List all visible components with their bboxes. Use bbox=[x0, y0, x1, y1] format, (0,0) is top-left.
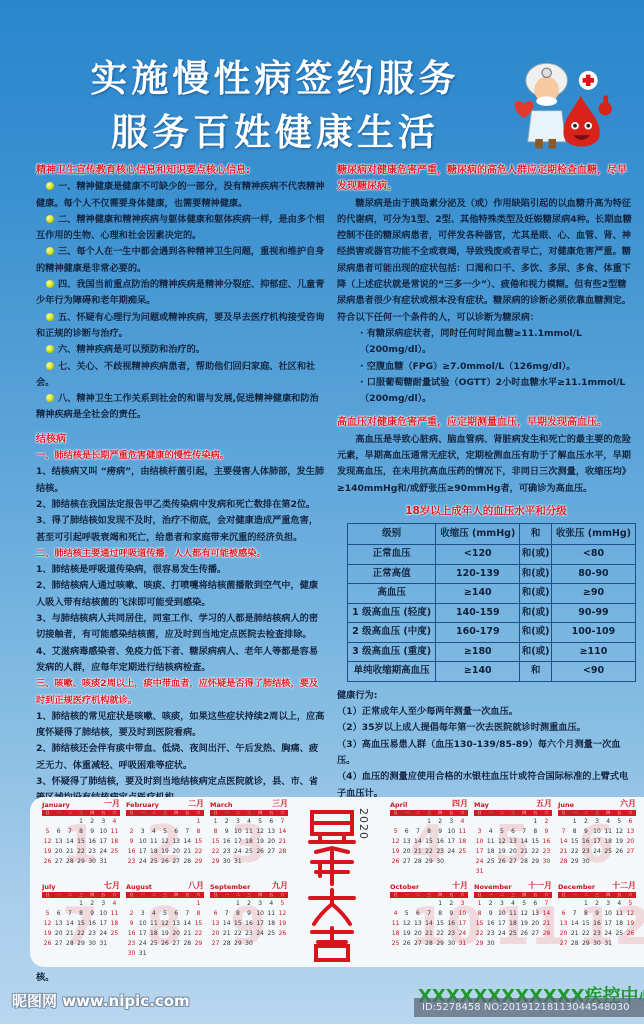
calendar-day: 4 bbox=[109, 899, 120, 909]
calendar-day: 19 bbox=[159, 847, 170, 857]
calendar-day: 25 bbox=[109, 929, 120, 939]
calendar-day: 30 bbox=[243, 939, 254, 949]
main-title: 实施慢性病签约服务 bbox=[60, 48, 490, 102]
calendar-day: 11 bbox=[390, 919, 401, 929]
calendar-day: 17 bbox=[98, 919, 109, 929]
calendar-day: 24 bbox=[603, 929, 614, 939]
diabetes-criterion: · 空腹血糖（FPG）≥7.0mmol/L（126mg/dl）。 bbox=[337, 359, 635, 375]
calendar-day: 21 bbox=[182, 847, 193, 857]
calendar-day: 18 bbox=[485, 847, 496, 857]
table-header-row: 级别 收缩压 (mmHg) 和 收张压 (mmHg) bbox=[348, 524, 636, 545]
calendar-day: 21 bbox=[182, 929, 193, 939]
table-row: 单纯收缩期高血压≥140和<90 bbox=[348, 662, 636, 682]
calendar-day: 9 bbox=[580, 827, 591, 837]
calendar-day: 31 bbox=[603, 939, 614, 949]
calendar-day: 7 bbox=[64, 909, 75, 919]
calendar-day: 18 bbox=[266, 919, 277, 929]
calendar-day: 22 bbox=[75, 929, 86, 939]
calendar-day: 19 bbox=[390, 847, 401, 857]
calendar-day: 23 bbox=[435, 847, 446, 857]
calendar-day: 2 bbox=[435, 817, 446, 827]
day-grid: 1234567891011121314151617181920212223242… bbox=[126, 817, 204, 867]
calendar-day: 4 bbox=[507, 899, 518, 909]
calendar-day: 20 bbox=[210, 929, 221, 939]
calendar-day: 25 bbox=[457, 847, 468, 857]
calendar-day: 11 bbox=[457, 827, 468, 837]
tb-heading: 结核病 bbox=[36, 432, 326, 448]
calendar-day: 6 bbox=[401, 827, 412, 837]
calendar-day: 18 bbox=[507, 919, 518, 929]
calendar-day: 22 bbox=[474, 929, 485, 939]
calendar-day: 27 bbox=[401, 857, 412, 867]
tb-item: 2、肺结核还会伴有痰中带血、低烧、夜间出汗、午后发热、胸痛、疲乏无力、体重减轻、… bbox=[36, 741, 326, 774]
calendar-day: 14 bbox=[519, 837, 530, 847]
calendar-day: 13 bbox=[171, 837, 182, 847]
calendar-day: 14 bbox=[412, 837, 423, 847]
mental-health-heading: 精神卫生宣传教育核心信息和知识要点核心信息: bbox=[36, 163, 326, 179]
calendar-day: 19 bbox=[42, 929, 53, 939]
calendar-day: 24 bbox=[474, 857, 485, 867]
poster-header: 实施慢性病签约服务 服务百姓健康生活 bbox=[0, 40, 644, 155]
calendar-day: 8 bbox=[232, 909, 243, 919]
calendar-month-october: 10October十月日一二三四五六1234567891011121314151… bbox=[390, 883, 468, 963]
calendar-day: 19 bbox=[255, 837, 266, 847]
calendar-day: 15 bbox=[569, 837, 580, 847]
calendar-day: 11 bbox=[148, 919, 159, 929]
calendar-day: 8 bbox=[193, 909, 204, 919]
calendar-day: 5 bbox=[255, 817, 266, 827]
calendar-day: 10 bbox=[603, 909, 614, 919]
calendar-day: 3 bbox=[603, 899, 614, 909]
calendar-day: 31 bbox=[137, 949, 148, 959]
calendar-day: 17 bbox=[232, 837, 243, 847]
calendar-day: 4 bbox=[148, 827, 159, 837]
calendar-day: 12 bbox=[42, 919, 53, 929]
calendar-day: 24 bbox=[457, 929, 468, 939]
day-grid: 1234567891011121314151617181920212223242… bbox=[390, 899, 468, 949]
calendar-day: 5 bbox=[159, 827, 170, 837]
tb-item: 2、肺结核在我国法定报告甲乙类传染病中发病和死亡数排在第2位。 bbox=[36, 497, 326, 513]
calendar-day: 2 bbox=[126, 909, 137, 919]
calendar-day: 9 bbox=[126, 837, 137, 847]
calendar-day: 22 bbox=[580, 929, 591, 939]
calendar-day: 12 bbox=[390, 837, 401, 847]
calendar-day: 25 bbox=[243, 847, 254, 857]
calendar-day: 24 bbox=[255, 929, 266, 939]
calendar-day: 11 bbox=[614, 909, 625, 919]
calendar-day: 12 bbox=[401, 919, 412, 929]
month-name-en: October bbox=[390, 883, 419, 891]
calendar-day: 17 bbox=[137, 929, 148, 939]
calendar-day: 3 bbox=[591, 817, 602, 827]
diabetes-heading: 糖尿病对健康危害严重，糖尿病的高危人群应定期检查血糖，尽早发现糖尿病。 bbox=[337, 163, 635, 196]
month-name-cn: 八月 bbox=[188, 880, 204, 891]
calendar-day: 16 bbox=[580, 837, 591, 847]
calendar-day: 1 bbox=[530, 817, 541, 827]
calendar-day: 2 bbox=[243, 899, 254, 909]
calendar-day: 20 bbox=[530, 919, 541, 929]
calendar-day: 1 bbox=[423, 817, 434, 827]
calendar-day: 27 bbox=[171, 939, 182, 949]
month-name-cn: 十二月 bbox=[612, 880, 636, 891]
calendar-day: 15 bbox=[193, 837, 204, 847]
calendar-day: 31 bbox=[98, 857, 109, 867]
calendar-day: 13 bbox=[412, 919, 423, 929]
calendar-day: 2 bbox=[541, 817, 552, 827]
calendar-day: 29 bbox=[75, 857, 86, 867]
calendar-day: 26 bbox=[390, 857, 401, 867]
calendar-day: 4 bbox=[614, 899, 625, 909]
calendar-day: 12 bbox=[159, 919, 170, 929]
calendar-day: 9 bbox=[485, 909, 496, 919]
tb-item: 1、肺结核是呼吸道传染病，很容易发生传播。 bbox=[36, 562, 326, 578]
calendar-day: 12 bbox=[42, 837, 53, 847]
calendar-year: 2020 bbox=[357, 808, 370, 840]
calendar-day: 18 bbox=[109, 919, 120, 929]
calendar-day: 10 bbox=[474, 837, 485, 847]
calendar-day: 8 bbox=[435, 909, 446, 919]
day-grid: 1234567891011121314151617181920212223242… bbox=[558, 817, 636, 867]
calendar-day: 8 bbox=[569, 827, 580, 837]
calendar-day: 2 bbox=[446, 899, 457, 909]
calendar-day: 15 bbox=[580, 919, 591, 929]
month-name-cn: 九月 bbox=[272, 880, 288, 891]
calendar-day: 28 bbox=[64, 939, 75, 949]
calendar-month-january: 1January一月日一二三四五六12345678910111213141516… bbox=[42, 801, 120, 881]
calendar-day: 22 bbox=[193, 847, 204, 857]
calendar-day: 7 bbox=[541, 899, 552, 909]
day-grid: 1234567891011121314151617181920212223242… bbox=[42, 817, 120, 867]
calendar-day: 6 bbox=[171, 827, 182, 837]
calendar-day: 17 bbox=[591, 837, 602, 847]
calendar-day: 5 bbox=[277, 899, 288, 909]
calendar-day: 7 bbox=[221, 909, 232, 919]
month-name-cn: 五月 bbox=[536, 798, 552, 809]
calendar-day: 30 bbox=[435, 857, 446, 867]
hypertension-heading: 高血压对健康危害严重，应定期测量血压，早期发现高血压。 bbox=[337, 415, 635, 431]
day-grid: 1234567891011121314151617181920212223242… bbox=[210, 899, 288, 949]
calendar-day: 17 bbox=[446, 837, 457, 847]
calendar-day: 10 bbox=[232, 827, 243, 837]
calendar-day: 15 bbox=[530, 837, 541, 847]
calendar-day: 15 bbox=[75, 837, 86, 847]
calendar-day: 27 bbox=[530, 929, 541, 939]
calendar-day: 17 bbox=[474, 847, 485, 857]
calendar-day: 30 bbox=[446, 939, 457, 949]
bullet-dot-icon bbox=[46, 394, 54, 402]
calendar-day: 19 bbox=[159, 929, 170, 939]
behavior-item: （2）35岁以上成人提倡每年第一次去医院就诊时测重血压。 bbox=[337, 720, 635, 736]
calendar-day: 8 bbox=[75, 909, 86, 919]
calendar-day: 30 bbox=[221, 857, 232, 867]
calendar-day: 25 bbox=[148, 939, 159, 949]
calendar-day: 11 bbox=[109, 909, 120, 919]
calendar-day: 28 bbox=[541, 929, 552, 939]
calendar-day: 7 bbox=[423, 909, 434, 919]
calendar-day: 17 bbox=[496, 919, 507, 929]
calendar-day: 13 bbox=[266, 827, 277, 837]
calendar-day: 26 bbox=[614, 847, 625, 857]
calendar-day: 22 bbox=[210, 847, 221, 857]
calendar-day: 21 bbox=[569, 929, 580, 939]
calendar-day: 5 bbox=[390, 827, 401, 837]
calendar-day: 17 bbox=[457, 919, 468, 929]
bullet-dot-icon bbox=[46, 182, 54, 190]
calendar-day: 4 bbox=[266, 899, 277, 909]
calendar-month-april: 4April四月日一二三四五六1234567891011121314151617… bbox=[390, 801, 468, 881]
hypertension-body: 高血压是导致心脏病、脑血管病、肾脏病发生和死亡的最主要的危险元素，早期高血压通常… bbox=[337, 432, 635, 497]
calendar-day: 14 bbox=[541, 909, 552, 919]
calendar-day: 11 bbox=[507, 909, 518, 919]
mental-health-item: 一、精神健康是健康不可缺少的一部分，没有精神疾病不代表精神健康。每个人不仅需要身… bbox=[36, 179, 326, 212]
calendar-month-september: 9September九月日一二三四五六123456789101112131415… bbox=[210, 883, 288, 963]
calendar-day: 20 bbox=[558, 929, 569, 939]
calendar-day: 3 bbox=[232, 817, 243, 827]
calendar-day: 19 bbox=[277, 919, 288, 929]
calendar-day: 26 bbox=[255, 847, 266, 857]
calendar-day: 31 bbox=[474, 867, 485, 877]
calendar-day: 10 bbox=[457, 909, 468, 919]
calendar-day: 12 bbox=[625, 909, 636, 919]
calendar-day: 1 bbox=[210, 817, 221, 827]
bp-classification-table: 级别 收缩压 (mmHg) 和 收张压 (mmHg) 正常血压<120和(或)<… bbox=[347, 523, 636, 682]
day-grid: 1234567891011121314151617181920212223242… bbox=[42, 899, 120, 949]
calendar-day: 17 bbox=[98, 837, 109, 847]
calendar-day: 7 bbox=[182, 909, 193, 919]
month-name-en: March bbox=[210, 801, 233, 809]
calendar-day: 24 bbox=[232, 847, 243, 857]
calendar-day: 26 bbox=[401, 939, 412, 949]
mental-health-item: 三、每个人在一生中都会遇到各种精神卫生问题，重视和维护自身的精神健康是非常必要的… bbox=[36, 244, 326, 277]
calendar-day: 22 bbox=[75, 847, 86, 857]
day-grid: 1234567891011121314151617181920212223242… bbox=[474, 817, 552, 877]
calendar-day: 28 bbox=[221, 939, 232, 949]
calendar-day: 1 bbox=[75, 817, 86, 827]
calendar-day: 31 bbox=[232, 857, 243, 867]
month-name-en: January bbox=[42, 801, 70, 809]
calendar-day: 24 bbox=[496, 929, 507, 939]
calendar-day: 23 bbox=[126, 939, 137, 949]
calendar-day: 14 bbox=[64, 837, 75, 847]
calendar-day: 10 bbox=[137, 837, 148, 847]
calendar-day: 14 bbox=[182, 919, 193, 929]
calendar-day: 23 bbox=[485, 929, 496, 939]
calendar-month-february: 2February二月日一二三四五六1234567891011121314151… bbox=[126, 801, 204, 881]
diabetes-body: 糖尿病是由于胰岛素分泌及（或）作用缺陷引起的以血糖升高为特征的代谢病，可分为1型… bbox=[337, 196, 635, 326]
calendar-day: 16 bbox=[87, 919, 98, 929]
month-name-en: November bbox=[474, 883, 512, 891]
calendar-day: 3 bbox=[98, 817, 109, 827]
calendar-day: 15 bbox=[423, 837, 434, 847]
calendar-day: 5 bbox=[159, 909, 170, 919]
calendar-day: 6 bbox=[210, 909, 221, 919]
calendar-day: 28 bbox=[64, 857, 75, 867]
calendar-day: 23 bbox=[591, 929, 602, 939]
month-name-en: December bbox=[558, 883, 595, 891]
calendar-day: 27 bbox=[266, 847, 277, 857]
diabetes-criterion: · 有糖尿病症状者，同时任何时间血糖≥11.1mmol/L（200mg/dl）。 bbox=[337, 326, 635, 359]
table-row: 正常血压<120和(或)<80 bbox=[348, 545, 636, 565]
calendar-day: 29 bbox=[423, 857, 434, 867]
day-grid: 1234567891011121314151617181920212223242… bbox=[474, 899, 552, 949]
calendar-day: 15 bbox=[435, 919, 446, 929]
calendar-month-july: 7July七月日一二三四五六12345678910111213141516171… bbox=[42, 883, 120, 963]
calendar-day: 9 bbox=[87, 827, 98, 837]
calendar-day: 13 bbox=[625, 827, 636, 837]
calendar-day: 20 bbox=[171, 929, 182, 939]
bp-table-title: 18岁以上成年人的血压水平和分级 bbox=[337, 503, 635, 519]
calendar-day: 3 bbox=[446, 817, 457, 827]
calendar-day: 14 bbox=[569, 919, 580, 929]
calendar-day: 6 bbox=[558, 909, 569, 919]
mental-health-item: 二、精神健康和精神疾病与躯体健康和躯体疾病一样，是由多个相互作用的生物、心理和社… bbox=[36, 212, 326, 245]
calendar-day: 15 bbox=[193, 919, 204, 929]
diabetes-criterion: · 口服葡萄糖耐量试验（OGTT）2小时血糖水平≥11.1mmol/L（200m… bbox=[337, 375, 635, 408]
mental-health-item: 八、精神卫生工作关系到社会的和谐与发展,促进精神健康和防治精神疾病是全社会的责任… bbox=[36, 391, 326, 424]
calendar-day: 26 bbox=[159, 939, 170, 949]
doctor-and-blood-drop-mascot-icon bbox=[505, 52, 644, 156]
behavior-item: （3）高血压易患人群（血压130-139/85-89）每六个月测量一次血压。 bbox=[337, 737, 635, 770]
calendar-day: 18 bbox=[243, 837, 254, 847]
table-row: 1 级高血压 (轻度)140-159和(或)90-99 bbox=[348, 603, 636, 623]
calendar-day: 24 bbox=[98, 847, 109, 857]
calendar-day: 10 bbox=[446, 827, 457, 837]
tb-section-title: 二、肺结核主要通过呼吸道传播，人人都有可能被感染。 bbox=[36, 546, 326, 562]
month-name-en: May bbox=[474, 801, 489, 809]
tb-item: 4、艾滋病毒感染者、免疫力低下者、糖尿病病人、老年人等都是容易发病的人群，应每年… bbox=[36, 644, 326, 677]
calendar-day: 3 bbox=[137, 909, 148, 919]
calendar-day: 27 bbox=[412, 939, 423, 949]
sub-title: 服务百姓健康生活 bbox=[60, 102, 490, 156]
calendar-day: 18 bbox=[148, 847, 159, 857]
calendar-day: 22 bbox=[232, 929, 243, 939]
calendar-day: 13 bbox=[171, 919, 182, 929]
calendar-day: 20 bbox=[625, 837, 636, 847]
calendar-day: 21 bbox=[64, 847, 75, 857]
day-grid: 1234567891011121314151617181920212223242… bbox=[126, 899, 204, 959]
calendar-day: 16 bbox=[591, 919, 602, 929]
calendar-day: 2 bbox=[87, 899, 98, 909]
calendar-day: 8 bbox=[75, 827, 86, 837]
calendar-day: 26 bbox=[625, 929, 636, 939]
calendar-day: 11 bbox=[109, 827, 120, 837]
calendar-day: 14 bbox=[277, 827, 288, 837]
calendar-day: 30 bbox=[126, 949, 137, 959]
calendar-day: 16 bbox=[243, 919, 254, 929]
calendar-day: 7 bbox=[569, 909, 580, 919]
calendar-day: 29 bbox=[193, 857, 204, 867]
calendar-day: 4 bbox=[109, 817, 120, 827]
calendar-day: 29 bbox=[210, 857, 221, 867]
nipic-watermark: 昵图网 www.nipic.com bbox=[12, 990, 190, 1011]
calendar-day: 27 bbox=[53, 857, 64, 867]
calendar-month-june: 6June六月日一二三四五六12345678910111213141516171… bbox=[558, 801, 636, 881]
calendar-day: 10 bbox=[137, 919, 148, 929]
day-grid: 1234567891011121314151617181920212223242… bbox=[210, 817, 288, 867]
calendar-day: 6 bbox=[507, 827, 518, 837]
calendar-day: 16 bbox=[87, 837, 98, 847]
poster-footer: 昵图网 www.nipic.com XXXXXXXXXXXX疾控中心 ID:52… bbox=[0, 968, 644, 1024]
calendar-day: 27 bbox=[171, 857, 182, 867]
calendar-day: 29 bbox=[435, 939, 446, 949]
calendar-day: 28 bbox=[182, 857, 193, 867]
calendar-day: 29 bbox=[474, 939, 485, 949]
calendar-day: 15 bbox=[210, 837, 221, 847]
calendar-day: 1 bbox=[435, 899, 446, 909]
bullet-dot-icon bbox=[46, 345, 54, 353]
calendar-day: 13 bbox=[401, 837, 412, 847]
calendar-day: 26 bbox=[519, 929, 530, 939]
calendar-day: 28 bbox=[519, 857, 530, 867]
calendar-day: 16 bbox=[126, 847, 137, 857]
calendar-day: 30 bbox=[87, 939, 98, 949]
calendar-day: 21 bbox=[519, 847, 530, 857]
month-name-cn: 二月 bbox=[188, 798, 204, 809]
calendar-day: 28 bbox=[423, 939, 434, 949]
table-row: 2 级高血压 (中度)160-179和(或)100-109 bbox=[348, 623, 636, 643]
calendar-day: 19 bbox=[519, 919, 530, 929]
calendar-day: 7 bbox=[277, 817, 288, 827]
calendar-day: 30 bbox=[485, 939, 496, 949]
tb-item: 3、与肺结核病人共同居住，同室工作、学习的人都是肺结核病人的密切接触者，有可能感… bbox=[36, 611, 326, 644]
calendar-month-may: 5May五月日一二三四五六123456789101112131415161718… bbox=[474, 801, 552, 881]
calendar-day: 24 bbox=[98, 929, 109, 939]
calendar-day: 14 bbox=[221, 919, 232, 929]
calendar-day: 21 bbox=[541, 919, 552, 929]
calendar-day: 4 bbox=[457, 817, 468, 827]
calendar-day: 8 bbox=[530, 827, 541, 837]
calendar-day: 20 bbox=[53, 929, 64, 939]
calendar-day: 15 bbox=[75, 919, 86, 929]
calendar-day: 13 bbox=[210, 919, 221, 929]
calendar-day: 23 bbox=[126, 857, 137, 867]
month-name-cn: 七月 bbox=[104, 880, 120, 891]
calendar-day: 21 bbox=[277, 837, 288, 847]
calendar-day: 25 bbox=[148, 857, 159, 867]
calendar-day: 17 bbox=[137, 847, 148, 857]
calendar-month-august: 8August八月日一二三四五六123456789101112131415161… bbox=[126, 883, 204, 963]
calendar-day: 27 bbox=[507, 857, 518, 867]
calendar-day: 9 bbox=[435, 827, 446, 837]
calendar-day: 24 bbox=[137, 857, 148, 867]
calendar-day: 31 bbox=[457, 939, 468, 949]
calendar-day: 28 bbox=[277, 847, 288, 857]
calendar-day: 16 bbox=[126, 929, 137, 939]
calendar-day: 9 bbox=[126, 919, 137, 929]
calendar-day: 10 bbox=[255, 909, 266, 919]
calendar-day: 25 bbox=[603, 847, 614, 857]
calendar-day: 13 bbox=[558, 919, 569, 929]
calendar-day: 12 bbox=[614, 827, 625, 837]
calendar-day: 19 bbox=[401, 929, 412, 939]
calendar-day: 11 bbox=[266, 909, 277, 919]
calendar-day: 7 bbox=[64, 827, 75, 837]
calendar-day: 23 bbox=[541, 847, 552, 857]
calendar-day: 9 bbox=[446, 909, 457, 919]
calendar-month-march: 3March三月日一二三四五六1234567891011121314151617… bbox=[210, 801, 288, 881]
calendar-day: 30 bbox=[591, 939, 602, 949]
calendar-day: 16 bbox=[435, 837, 446, 847]
calendar-day: 24 bbox=[446, 847, 457, 857]
calendar-day: 2 bbox=[126, 827, 137, 837]
calendar-day: 25 bbox=[266, 929, 277, 939]
calendar-day: 8 bbox=[210, 827, 221, 837]
calendar-day: 14 bbox=[423, 919, 434, 929]
month-name-en: August bbox=[126, 883, 152, 891]
calendar-day: 5 bbox=[401, 909, 412, 919]
mental-health-item: 五、怀疑有心理行为问题或精神疾病，要及早去医疗机构接受咨询和正规的诊断与治疗。 bbox=[36, 310, 326, 343]
calendar-day: 25 bbox=[390, 939, 401, 949]
